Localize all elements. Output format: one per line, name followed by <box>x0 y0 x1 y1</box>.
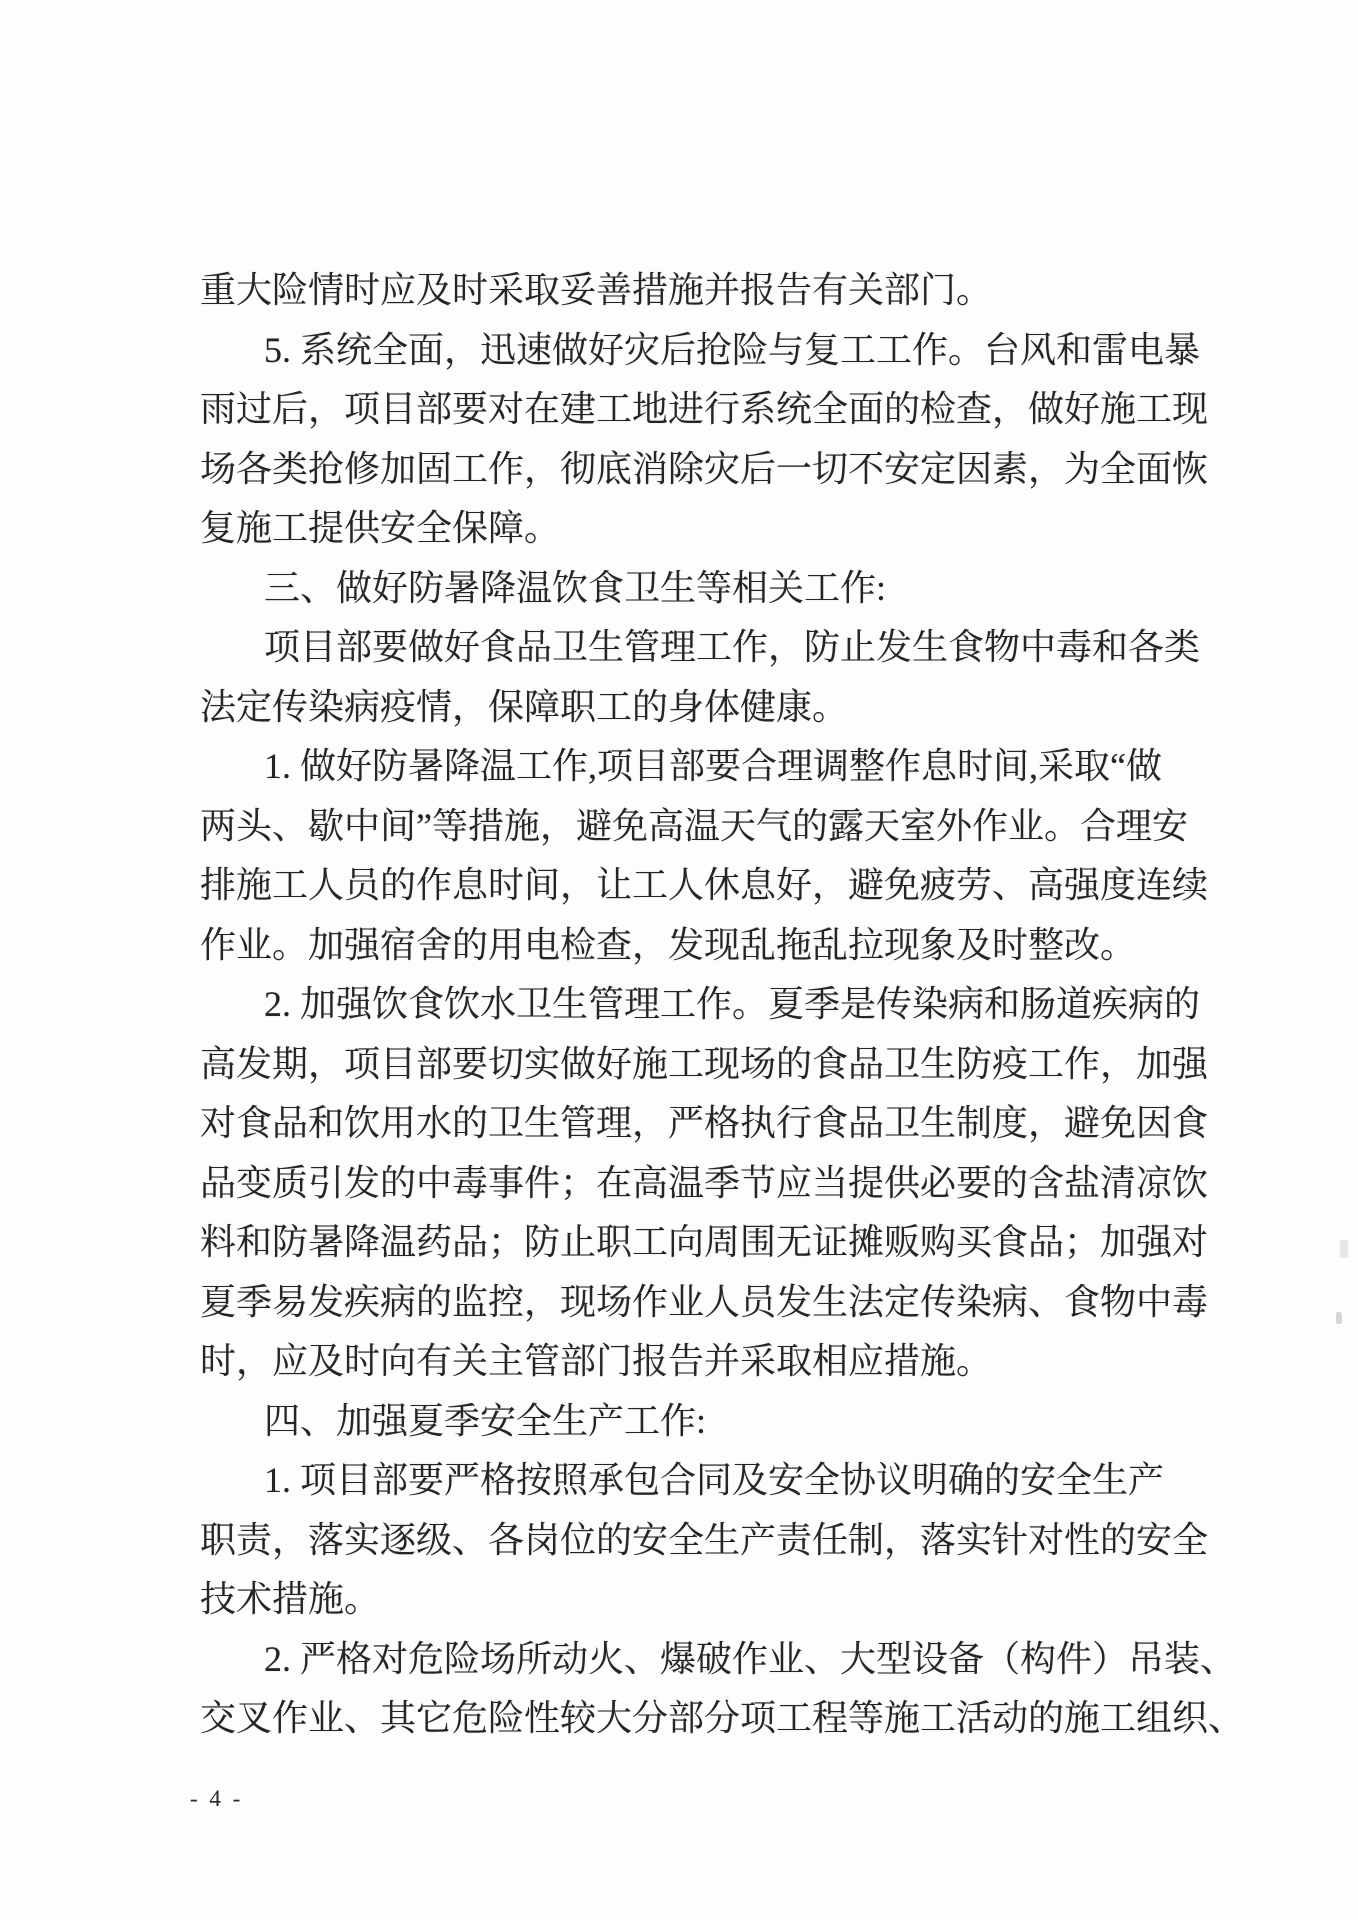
text-line: 5. 系统全面，迅速做好灾后抢险与复工工作。台风和雷电暴 <box>200 321 1208 381</box>
text-line: 高发期，项目部要切实做好施工现场的食品卫生防疫工作，加强 <box>200 1035 1208 1095</box>
document-page: 重大险情时应及时采取妥善措施并报告有关部门。5. 系统全面，迅速做好灾后抢险与复… <box>0 0 1358 1920</box>
scan-artifact-speck <box>1336 1312 1342 1324</box>
document-text-block: 重大险情时应及时采取妥善措施并报告有关部门。5. 系统全面，迅速做好灾后抢险与复… <box>200 261 1208 1749</box>
text-line: 品变质引发的中毒事件；在高温季节应当提供必要的含盐清凉饮 <box>200 1154 1208 1214</box>
text-line: 夏季易发疾病的监控，现场作业人员发生法定传染病、食物中毒 <box>200 1273 1208 1333</box>
text-line: 1. 项目部要严格按照承包合同及安全协议明确的安全生产 <box>200 1451 1208 1511</box>
text-line: 雨过后，项目部要对在建工地进行系统全面的检查，做好施工现 <box>200 380 1208 440</box>
text-line: 两头、歇中间”等措施，避免高温天气的露天室外作业。合理安 <box>200 797 1208 857</box>
text-line: 场各类抢修加固工作，彻底消除灾后一切不安定因素，为全面恢 <box>200 440 1208 500</box>
text-line: 2. 严格对危险场所动火、爆破作业、大型设备（构件）吊装、 <box>200 1630 1208 1690</box>
text-line: 职责，落实逐级、各岗位的安全生产责任制，落实针对性的安全 <box>200 1511 1208 1571</box>
text-line: 料和防暑降温药品；防止职工向周围无证摊贩购买食品；加强对 <box>200 1213 1208 1273</box>
scan-artifact-speck <box>1340 1240 1348 1258</box>
text-line: 四、加强夏季安全生产工作: <box>200 1392 1208 1452</box>
text-line: 1. 做好防暑降温工作,项目部要合理调整作息时间,采取“做 <box>200 737 1208 797</box>
page-number: - 4 - <box>190 1786 243 1812</box>
text-line: 对食品和饮用水的卫生管理，严格执行食品卫生制度，避免因食 <box>200 1094 1208 1154</box>
text-line: 技术措施。 <box>200 1570 1208 1630</box>
text-line: 交叉作业、其它危险性较大分部分项工程等施工活动的施工组织、 <box>200 1689 1208 1749</box>
text-line: 作业。加强宿舍的用电检查，发现乱拖乱拉现象及时整改。 <box>200 916 1208 976</box>
text-line: 法定传染病疫情，保障职工的身体健康。 <box>200 678 1208 738</box>
text-line: 项目部要做好食品卫生管理工作，防止发生食物中毒和各类 <box>200 618 1208 678</box>
text-line: 2. 加强饮食饮水卫生管理工作。夏季是传染病和肠道疾病的 <box>200 975 1208 1035</box>
text-line: 重大险情时应及时采取妥善措施并报告有关部门。 <box>200 261 1208 321</box>
text-line: 复施工提供安全保障。 <box>200 499 1208 559</box>
text-line: 三、做好防暑降温饮食卫生等相关工作: <box>200 559 1208 619</box>
text-line: 时，应及时向有关主管部门报告并采取相应措施。 <box>200 1332 1208 1392</box>
text-line: 排施工人员的作息时间，让工人休息好，避免疲劳、高强度连续 <box>200 856 1208 916</box>
